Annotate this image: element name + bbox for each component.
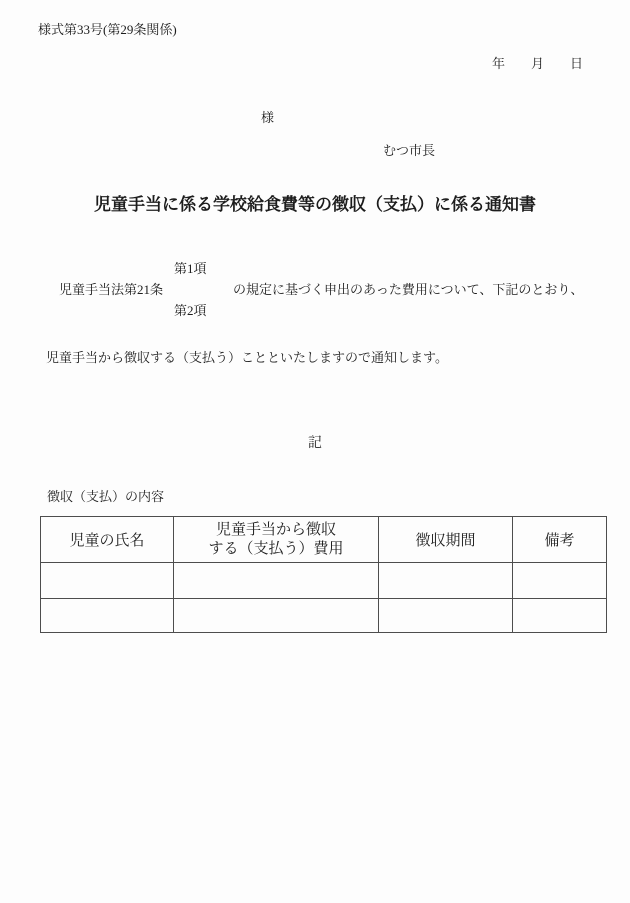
law-clause-suffix: の規定に基づく申出のあった費用について、下記のとおり、 xyxy=(233,283,583,296)
table-header-collected-expense: 児童手当から徴収 する（支払う）費用 xyxy=(174,517,379,563)
table-row xyxy=(41,563,607,599)
law-clause-option-1: 第1項 xyxy=(174,262,207,275)
table-header-row: 児童の氏名 児童手当から徴収 する（支払う）費用 徴収期間 備考 xyxy=(41,517,607,563)
table-cell-empty xyxy=(41,599,174,633)
table-header-child-name: 児童の氏名 xyxy=(41,517,174,563)
law-clause-option-2: 第2項 xyxy=(174,304,207,317)
law-clause-prefix: 児童手当法第21条 xyxy=(59,283,163,296)
table-row xyxy=(41,599,607,633)
table-cell-empty xyxy=(379,599,513,633)
table-cell-empty xyxy=(174,563,379,599)
table-cell-empty xyxy=(174,599,379,633)
table-cell-empty xyxy=(513,599,607,633)
document-page: 様式第33号(第29条関係) 年 月 日 様 むつ市長 児童手当に係る学校給食費… xyxy=(0,0,630,903)
table-cell-empty xyxy=(513,563,607,599)
table-cell-empty xyxy=(379,563,513,599)
table-header-collection-period: 徴収期間 xyxy=(379,517,513,563)
table-caption: 徴収（支払）の内容 xyxy=(47,490,164,503)
document-title: 児童手当に係る学校給食費等の徴収（支払）に係る通知書 xyxy=(0,196,630,213)
addressee-suffix: 様 xyxy=(261,111,274,124)
collection-table: 児童の氏名 児童手当から徴収 する（支払う）費用 徴収期間 備考 xyxy=(40,516,607,633)
form-number: 様式第33号(第29条関係) xyxy=(38,23,177,36)
table-header-remarks: 備考 xyxy=(513,517,607,563)
notification-body-line: 児童手当から徴収する（支払う）ことといたしますので通知します。 xyxy=(46,351,448,364)
record-marker: 記 xyxy=(0,437,630,451)
date-line: 年 月 日 xyxy=(492,57,583,70)
sender-name: むつ市長 xyxy=(383,144,435,157)
table-cell-empty xyxy=(41,563,174,599)
